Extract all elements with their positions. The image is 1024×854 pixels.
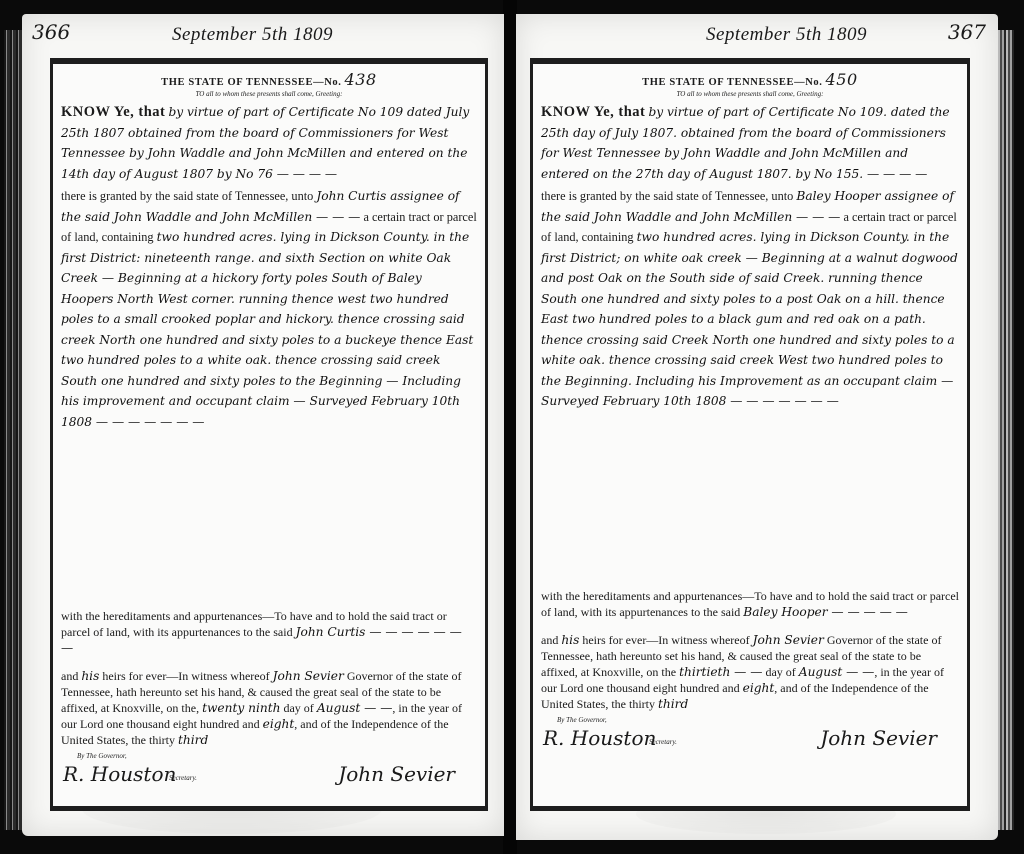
closing-clause: with the hereditaments and appurtenances… — [533, 588, 967, 712]
secretary-signature: R. Houston — [543, 726, 656, 750]
by-governor-label: By The Governor, — [53, 752, 485, 760]
preamble: KNOW Ye, that by virtue of part of Certi… — [53, 102, 485, 184]
secretary-signature: R. Houston — [63, 762, 176, 786]
governor-name: John Sevier — [753, 633, 824, 647]
page-number: 367 — [948, 20, 986, 44]
know-ye-heading: KNOW Ye, that — [61, 104, 165, 120]
land-description: two hundred acres. lying in Dickson Coun… — [61, 230, 473, 429]
signature-row: R. Houston Secretary. John Sevier — [53, 760, 485, 794]
blank-space — [53, 432, 485, 608]
closing-clause: with the hereditaments and appurtenances… — [53, 608, 485, 748]
month-handwriting: August — — — [799, 665, 875, 679]
by-governor-label: By The Governor, — [533, 716, 967, 724]
grant-number: 438 — [345, 70, 377, 89]
know-ye-heading: KNOW Ye, that — [541, 104, 645, 120]
secretary-label: Secretary. — [169, 774, 197, 782]
date-header: September 5th 1809 — [706, 24, 867, 46]
blank-space — [533, 412, 967, 588]
date-header: September 5th 1809 — [172, 24, 333, 46]
day-handwriting: twenty ninth — [202, 701, 280, 715]
book-right-edge — [996, 30, 1014, 830]
independence-year-handwriting: third — [178, 733, 208, 747]
greeting-line: TO all to whom these presents shall come… — [53, 90, 485, 98]
year-handwriting: eight — [263, 717, 295, 731]
land-description: two hundred acres. lying in Dickson Coun… — [541, 230, 958, 408]
grant-number: 450 — [826, 70, 858, 89]
day-handwriting: thirtieth — — — [679, 665, 762, 679]
preamble: KNOW Ye, that by virtue of part of Certi… — [533, 102, 967, 184]
grant-clause: there is granted by the said state of Te… — [533, 186, 967, 412]
governor-signature: John Sevier — [338, 762, 455, 786]
holder-name: Baley Hooper — — — — — — [743, 605, 908, 619]
book-spine — [503, 0, 517, 854]
page-number: 366 — [32, 20, 70, 44]
signature-row: R. Houston Secretary. John Sevier — [533, 724, 967, 758]
greeting-line: TO all to whom these presents shall come… — [533, 90, 967, 98]
right-page: 367 September 5th 1809 THE STATE OF TENN… — [516, 14, 998, 840]
book-left-edge — [4, 30, 22, 830]
form-title: THE STATE OF TENNESSEE—No.438 — [53, 70, 485, 89]
land-grant-form: THE STATE OF TENNESSEE—No.450 TO all to … — [530, 58, 970, 811]
governor-name: John Sevier — [273, 669, 344, 683]
left-page: 366 September 5th 1809 THE STATE OF TENN… — [22, 14, 504, 836]
land-grant-form: THE STATE OF TENNESSEE—No.438 TO all to … — [50, 58, 488, 811]
secretary-label: Secretary. — [649, 738, 677, 746]
form-title: THE STATE OF TENNESSEE—No.450 — [533, 70, 967, 89]
independence-year-handwriting: third — [658, 697, 688, 711]
year-handwriting: eight — [743, 681, 775, 695]
grant-clause: there is granted by the said state of Te… — [53, 186, 485, 432]
governor-signature: John Sevier — [820, 726, 937, 750]
month-handwriting: August — — — [317, 701, 393, 715]
